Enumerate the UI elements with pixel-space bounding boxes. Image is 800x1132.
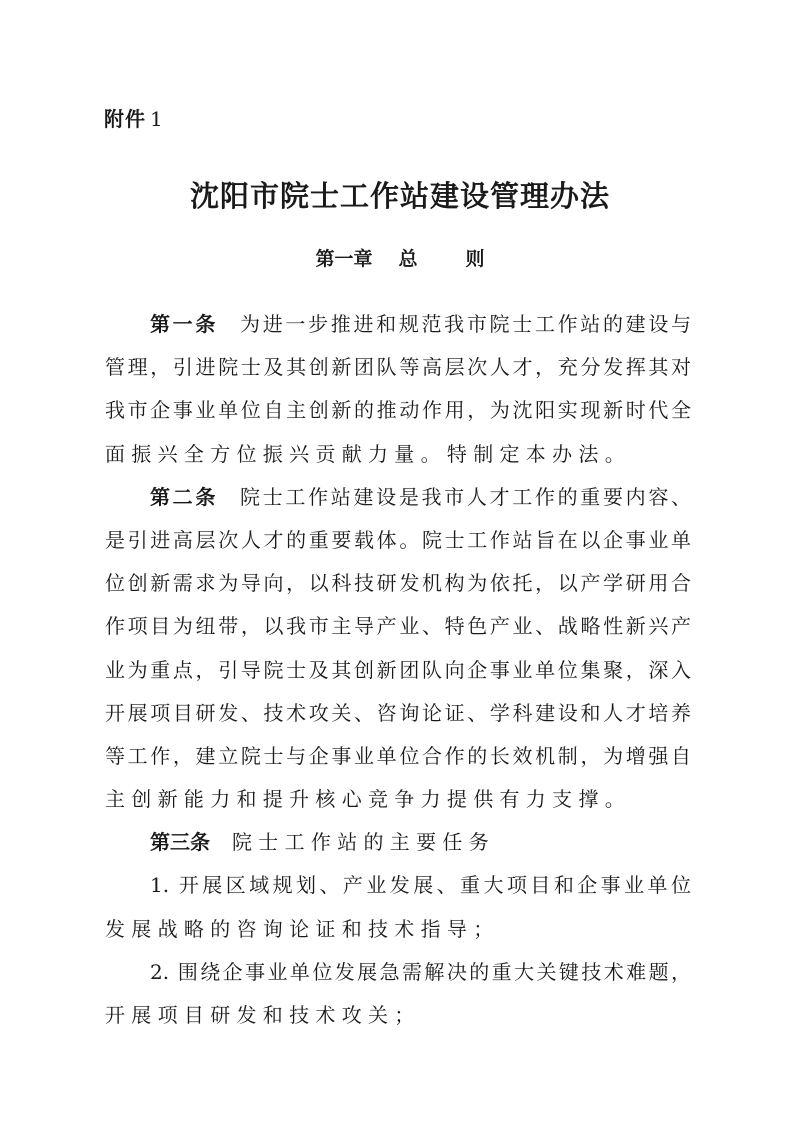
paragraph-line: 2. 围绕企事业单位发展急需解决的重大关键技术难题，: [105, 951, 691, 994]
paragraph-line: 管理，引进院士及其创新团队等高层次人才，充分发挥其对: [105, 346, 691, 389]
paragraph-line: 第三条院士工作站的主要任务: [105, 821, 691, 864]
paragraph-line: 第一条为进一步推进和规范我市院士工作站的建设与: [105, 303, 691, 346]
chapter-name-part2: 则: [466, 244, 485, 271]
chapter-number: 第一章: [315, 244, 372, 271]
line-text: 为进一步推进和规范我市院士工作站的建设与: [240, 312, 691, 336]
article-label: 第三条: [150, 830, 210, 854]
paragraph-line: 发展战略的咨询论证和技术指导；: [105, 908, 691, 951]
paragraph-line: 开展项目研发和技术攻关；: [105, 994, 691, 1037]
document-title: 沈阳市院士工作站建设管理办法: [0, 174, 800, 215]
paragraph-line: 1. 开展区域规划、产业发展、重大项目和企事业单位: [105, 864, 691, 907]
task-item-1: 1. 开展区域规划、产业发展、重大项目和企事业单位 发展战略的咨询论证和技术指导…: [105, 864, 691, 950]
paragraph-line: 等工作，建立院士与企事业单位合作的长效机制，为增强自: [105, 735, 691, 778]
article-label: 第一条: [150, 312, 218, 336]
paragraph-line: 作项目为纽带，以我市主导产业、特色产业、战略性新兴产: [105, 605, 691, 648]
line-text: 院士工作站建设是我市人才工作的重要内容、: [240, 485, 691, 509]
chapter-name-part1: 总: [398, 244, 417, 271]
article-label: 第二条: [150, 485, 218, 509]
paragraph-line: 主创新能力和提升核心竞争力提供有力支撑。: [105, 778, 691, 821]
paragraph-line: 我市企事业单位自主创新的推动作用，为沈阳实现新时代全: [105, 389, 691, 432]
paragraph-line: 是引进高层次人才的重要载体。院士工作站旨在以企事业单: [105, 519, 691, 562]
paragraph-line: 业为重点，引导院士及其创新团队向企事业单位集聚，深入: [105, 649, 691, 692]
paragraph-line: 开展项目研发、技术攻关、咨询论证、学科建设和人才培养: [105, 692, 691, 735]
paragraph-line: 位创新需求为导向，以科技研发机构为依托，以产学研用合: [105, 562, 691, 605]
document-body: 第一条为进一步推进和规范我市院士工作站的建设与 管理，引进院士及其创新团队等高层…: [105, 303, 691, 1037]
paragraph-line: 面振兴全方位振兴贡献力量。特制定本办法。: [105, 433, 691, 476]
attachment-label: 附件1: [104, 103, 164, 132]
paragraph-line: 第二条院士工作站建设是我市人才工作的重要内容、: [105, 476, 691, 519]
attachment-number: 1: [150, 107, 164, 131]
article-1: 第一条为进一步推进和规范我市院士工作站的建设与 管理，引进院士及其创新团队等高层…: [105, 303, 691, 476]
article-3: 第三条院士工作站的主要任务: [105, 821, 691, 864]
chapter-heading: 第一章总则: [0, 244, 800, 271]
task-item-2: 2. 围绕企事业单位发展急需解决的重大关键技术难题， 开展项目研发和技术攻关；: [105, 951, 691, 1037]
attachment-text: 附件: [104, 107, 146, 131]
document-page: 附件1 沈阳市院士工作站建设管理办法 第一章总则 第一条为进一步推进和规范我市院…: [0, 0, 800, 1132]
line-text: 院士工作站的主要任务: [232, 830, 495, 854]
article-2: 第二条院士工作站建设是我市人才工作的重要内容、 是引进高层次人才的重要载体。院士…: [105, 476, 691, 822]
